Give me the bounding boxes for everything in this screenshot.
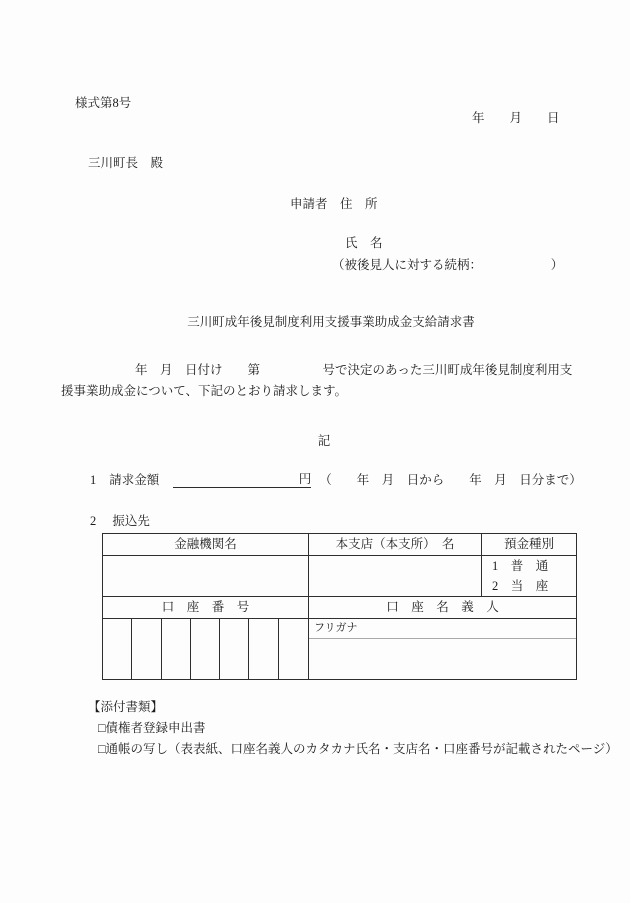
- deposit-type-options-cell[interactable]: 1 普 通 2 当 座: [482, 556, 577, 597]
- attachment-checkbox-item-passbook[interactable]: □通帳の写し（表表紙、口座名義人のカタカナ氏名・支店名・口座番号が記載されたペー…: [98, 742, 618, 757]
- section-marker: 記: [61, 434, 577, 449]
- transfer-destination-row: 2 振込先: [90, 514, 150, 529]
- account-holder-header: 口 座 名 義 人: [309, 597, 577, 619]
- attachment-checkbox-item-creditor[interactable]: □債権者登録申出書: [98, 721, 618, 736]
- account-number-header: 口 座 番 号: [103, 597, 309, 619]
- deposit-option-current: 2 当 座: [482, 576, 576, 596]
- account-holder-cell: フリガナ: [309, 619, 577, 680]
- applicant-name-label: 氏 名: [345, 236, 563, 251]
- claim-amount-row: 1 請求金額 円 （ 年 月 日から 年 月 日分まで）: [90, 472, 582, 488]
- claim-amount-label: 請求金額: [109, 473, 159, 488]
- account-digit-cell[interactable]: [162, 619, 191, 679]
- body-paragraph-line1: 年 月 日付け 第 号で決定のあった三川町成年後見制度利用支: [61, 360, 581, 381]
- furigana-label: フリガナ: [309, 619, 576, 639]
- financial-institution-input-cell[interactable]: [103, 556, 309, 597]
- branch-name-header: 本支店（本支所） 名: [309, 534, 482, 556]
- deposit-option-ordinary: 1 普 通: [482, 556, 576, 576]
- transfer-item-number: 2: [90, 514, 96, 528]
- body-paragraph: 年 月 日付け 第 号で決定のあった三川町成年後見制度利用支 援事業助成金につい…: [61, 360, 581, 401]
- account-digit-cell[interactable]: [103, 619, 132, 679]
- transfer-label: 振込先: [112, 514, 150, 528]
- applicant-block: 申請者 住 所 氏 名 （被後見人に対する続柄： ）: [290, 197, 563, 273]
- deposit-type-header: 預金種別: [482, 534, 577, 556]
- account-digit-cell[interactable]: [279, 619, 308, 679]
- attachments-section: 【添付書類】 □債権者登録申出書 □通帳の写し（表表紙、口座名義人のカタカナ氏名…: [88, 700, 618, 757]
- addressee: 三川町長 殿: [88, 156, 163, 171]
- date-placeholder: 年 月 日: [472, 111, 560, 126]
- guardian-relation-label: （被後見人に対する続柄： ）: [332, 258, 563, 273]
- bank-transfer-table: 金融機関名 本支店（本支所） 名 預金種別 1 普 通 2 当 座 口 座 番 …: [102, 533, 577, 680]
- applicant-address-label: 申請者 住 所: [290, 197, 563, 212]
- account-digit-cell[interactable]: [132, 619, 161, 679]
- account-digit-cell[interactable]: [249, 619, 278, 679]
- account-digit-cell[interactable]: [220, 619, 249, 679]
- account-holder-input-area[interactable]: [309, 639, 576, 679]
- branch-name-input-cell[interactable]: [309, 556, 482, 597]
- account-digit-cell[interactable]: [191, 619, 220, 679]
- account-number-digit-grid: [103, 619, 308, 679]
- document-title: 三川町成年後見制度利用支援事業助成金支給請求書: [61, 315, 577, 330]
- body-paragraph-line2: 援事業助成金について、下記のとおり請求します。: [61, 381, 581, 402]
- yen-unit-label: 円: [299, 472, 312, 487]
- form-number: 様式第8号: [75, 96, 131, 111]
- claim-period-label: （ 年 月 日から 年 月 日分まで）: [319, 473, 582, 488]
- account-number-digit-row: [103, 619, 309, 680]
- claim-amount-blank[interactable]: 円: [173, 472, 311, 488]
- attachments-heading: 【添付書類】: [88, 700, 618, 715]
- document-page: 様式第8号 年 月 日 三川町長 殿 申請者 住 所 氏 名 （被後見人に対する…: [0, 0, 630, 903]
- claim-amount-item-number: 1: [90, 473, 96, 488]
- financial-institution-header: 金融機関名: [103, 534, 309, 556]
